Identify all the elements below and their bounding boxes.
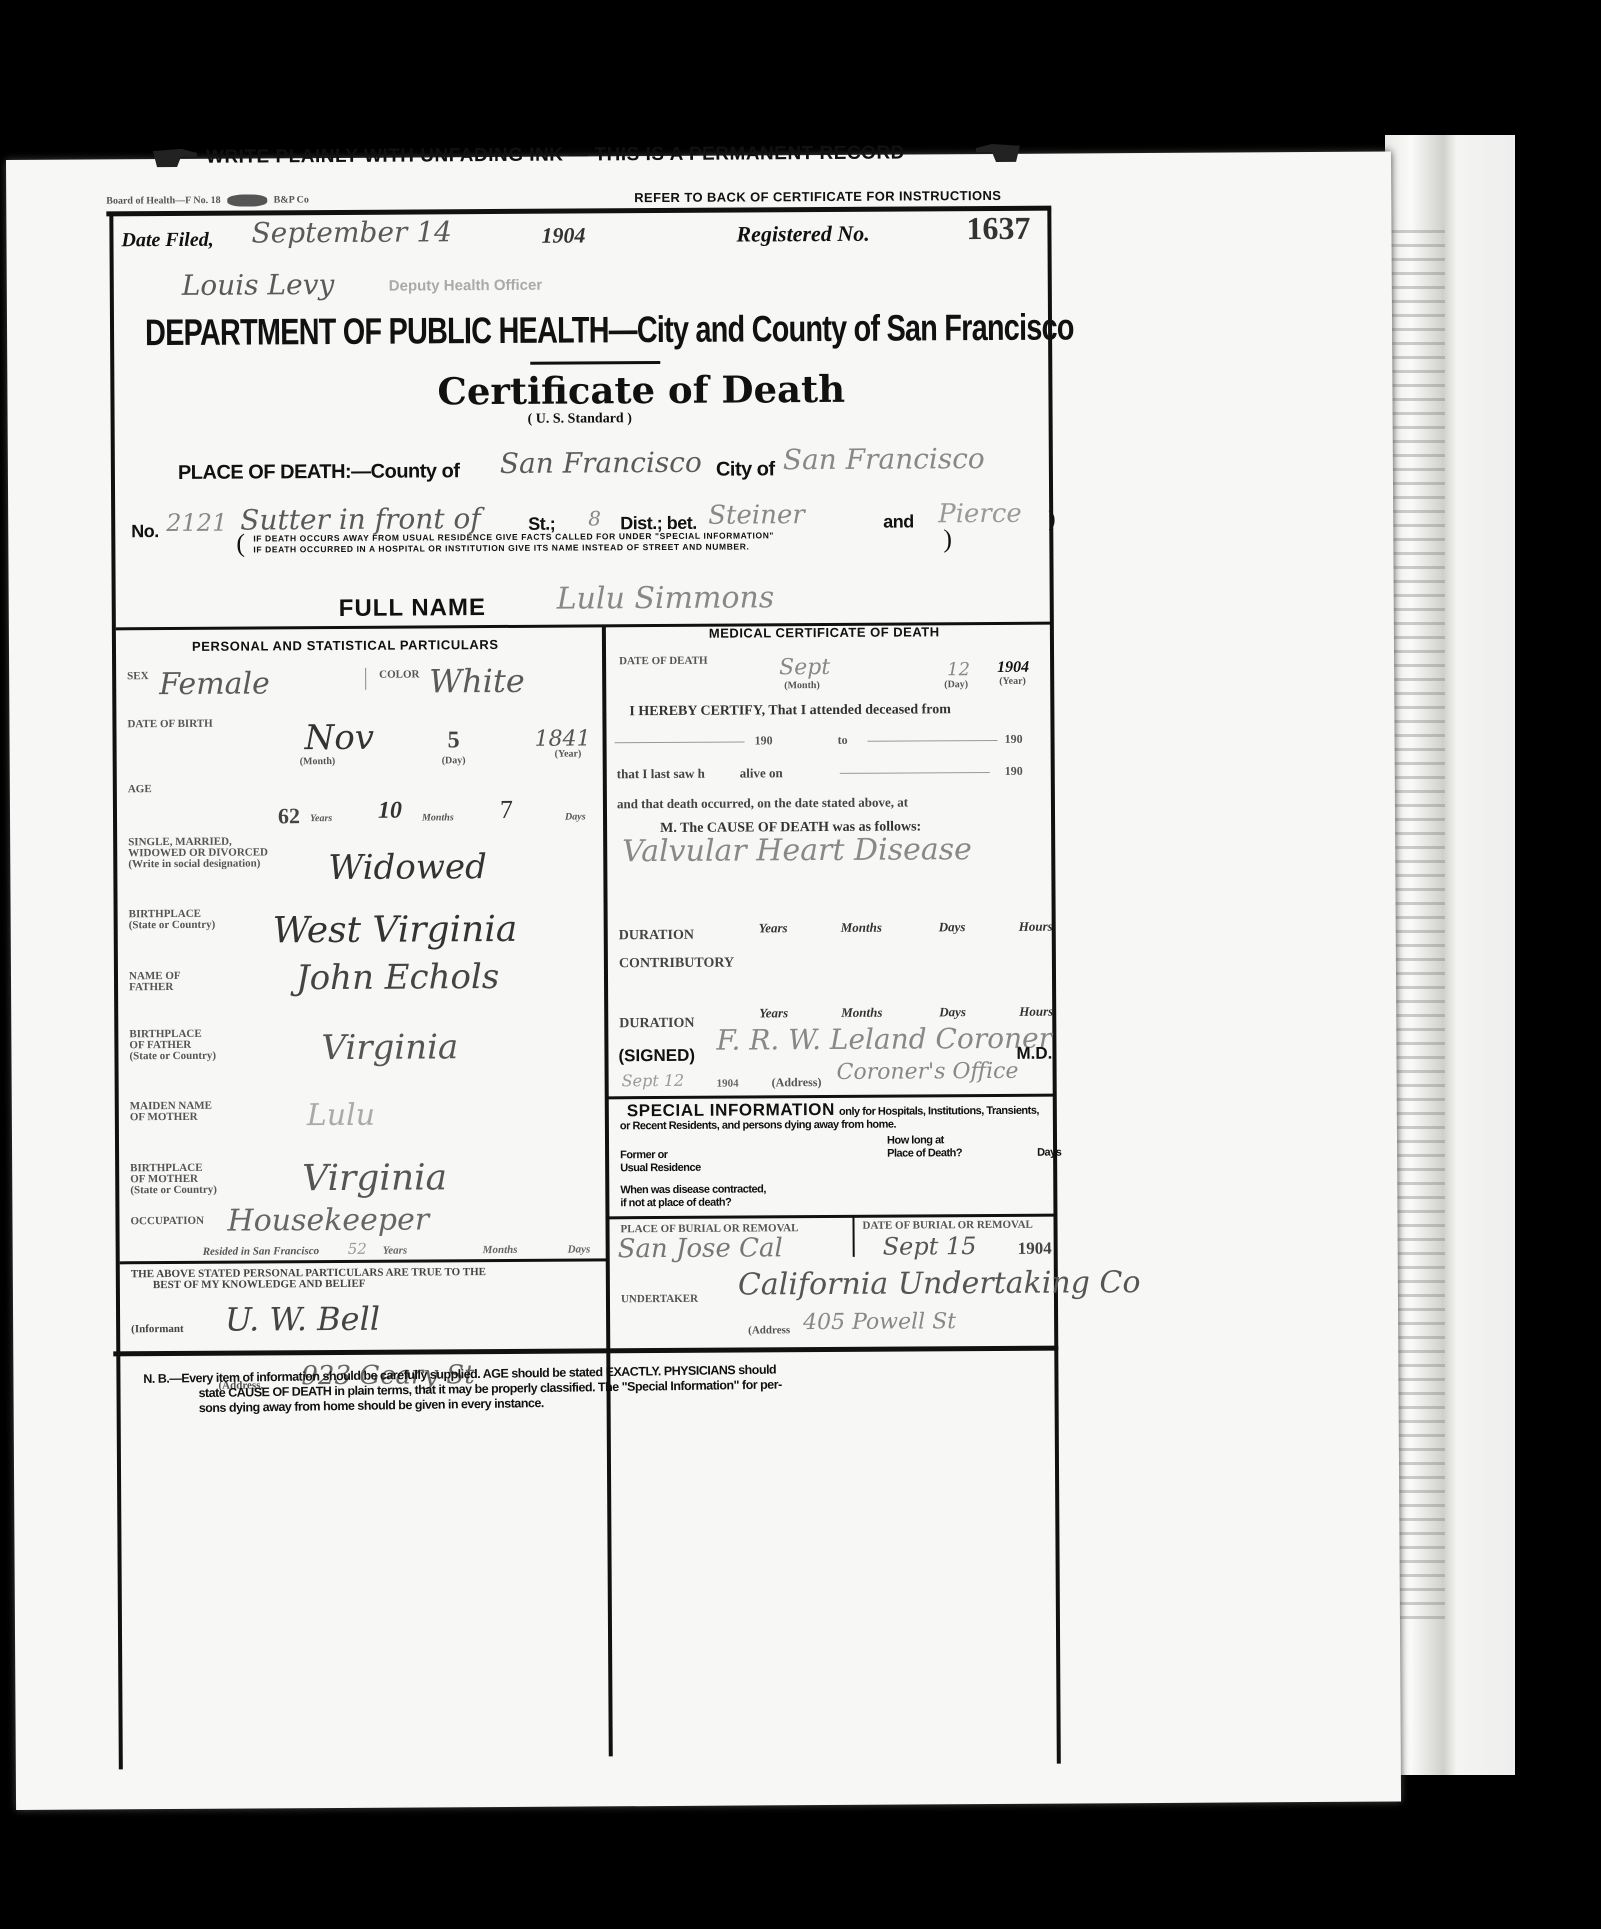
- sex-color-divider: [365, 668, 366, 690]
- certify-statement: I HEREBY CERTIFY, That I attended deceas…: [629, 702, 951, 720]
- signed-date: Sept 12: [622, 1071, 685, 1090]
- signed-label: (SIGNED): [618, 1046, 695, 1066]
- father-name-label: NAME OF FATHER: [129, 971, 181, 993]
- sex-label: SEX: [127, 671, 148, 682]
- frame-bottom-rule: [113, 1346, 1058, 1357]
- mother-birthplace-value: Virginia: [302, 1157, 447, 1199]
- certificate-subtitle: ( U. S. Standard ): [528, 411, 632, 428]
- physician-address: Coroner's Office: [837, 1059, 1019, 1085]
- alive-date-line: [840, 772, 990, 774]
- father-name-value: John Echols: [296, 957, 500, 998]
- informant-name: U. W. Bell: [225, 1300, 380, 1339]
- city-label: City of: [716, 458, 775, 481]
- street-number: 2121: [166, 509, 227, 537]
- undertaker-label: UNDERTAKER: [621, 1294, 698, 1305]
- to-year-prefix: 190: [1005, 732, 1023, 747]
- birthplace-label: BIRTHPLACE (State or Country): [129, 909, 216, 932]
- marital-value: Widowed: [328, 847, 487, 888]
- death-certificate: WRITE PLAINLY WITH UNFADING INK — THIS I…: [6, 152, 1401, 1810]
- age-years-caption: Years: [310, 813, 332, 824]
- age-months: 10: [378, 798, 402, 825]
- date-filed-year: 1904: [541, 222, 585, 248]
- note-paren-close: ): [943, 524, 952, 554]
- column-divider: [602, 626, 613, 1756]
- residence-note: IF DEATH OCCURS AWAY FROM USUAL RESIDENC…: [253, 530, 774, 555]
- note-paren-open: (: [236, 529, 245, 559]
- marital-label: SINGLE, MARRIED, WIDOWED OR DIVORCED (Wr…: [128, 836, 268, 870]
- former-residence-label: Former or Usual Residence: [620, 1149, 701, 1175]
- informant-statement: THE ABOVE STATED PERSONAL PARTICULARS AR…: [131, 1267, 486, 1291]
- footnote: N. B.—Every item of information should b…: [143, 1363, 782, 1417]
- alive-year-prefix: 190: [1005, 764, 1023, 779]
- duration-label-1: DURATION: [619, 928, 694, 944]
- place-of-death-label: PLACE OF DEATH:—County of: [178, 460, 460, 485]
- special-info-note: or Recent Residents, and persons dying a…: [620, 1119, 896, 1133]
- death-occurred-label: and that death occurred, on the date sta…: [617, 795, 908, 813]
- officer-signature: Louis Levy: [182, 268, 335, 302]
- from-year-prefix: 190: [755, 733, 773, 748]
- dob-year-caption: (Year): [555, 748, 582, 759]
- registered-label: Registered No.: [736, 221, 869, 248]
- district-value: 8: [588, 506, 601, 530]
- age-years: 62: [278, 803, 300, 829]
- frame-left-rule: [109, 214, 122, 1769]
- dod-day: 12: [947, 659, 970, 680]
- undertaker-address-label: (Address: [748, 1325, 790, 1336]
- occupation-value: Housekeeper: [227, 1202, 429, 1238]
- dod-day-caption: (Day): [944, 679, 968, 690]
- pointing-hand-icon-left: [151, 145, 199, 176]
- dod-month: Sept: [779, 655, 830, 680]
- between-street-1: Steiner: [708, 500, 805, 531]
- frame-right-rule: [1047, 209, 1060, 1764]
- age-days: 7: [500, 795, 513, 825]
- paren-close: ): [1048, 506, 1055, 532]
- age-label: AGE: [128, 784, 152, 795]
- physician-address-label: (Address): [772, 1075, 822, 1090]
- resided-years: 52: [348, 1240, 367, 1258]
- cause-of-death-value: Valvular Heart Disease: [622, 832, 972, 869]
- informant-label: (Informant: [131, 1324, 184, 1335]
- city-value: San Francisco: [783, 442, 985, 476]
- date-filed-value: September 14: [251, 215, 452, 249]
- duration-hours-1: Hours: [1019, 919, 1053, 935]
- to-date-line: [868, 740, 998, 742]
- resided-years-caption: Years: [383, 1245, 408, 1257]
- dob-month-caption: (Month): [300, 756, 336, 767]
- alive-on-label: alive on: [740, 765, 783, 781]
- burial-place-value: San Jose Cal: [618, 1233, 783, 1264]
- officer-title-stamp: Deputy Health Officer: [389, 277, 542, 295]
- medical-heading: MEDICAL CERTIFICATE OF DEATH: [709, 624, 940, 640]
- age-days-caption: Days: [565, 811, 586, 822]
- full-name-label: FULL NAME: [339, 594, 486, 623]
- duration-label-2: DURATION: [619, 1016, 694, 1032]
- duration-months-1: Months: [841, 920, 882, 936]
- sex-value: Female: [159, 666, 270, 702]
- special-info-heading: SPECIAL INFORMATION only for Hospitals, …: [627, 1099, 1039, 1122]
- undertaker-address: 405 Powell St: [803, 1309, 956, 1335]
- dod-month-caption: (Month): [784, 680, 820, 691]
- certificate-title: Certificate of Death: [437, 367, 845, 413]
- physician-signature: F. R. W. Leland Coroner: [716, 1022, 1052, 1057]
- dod-year-caption: (Year): [999, 676, 1026, 687]
- md-label: M.D.: [1016, 1044, 1052, 1064]
- number-label: No.: [131, 521, 159, 542]
- undertaker-value: California Undertaking Co: [738, 1265, 1141, 1302]
- signed-year: 1904: [717, 1078, 739, 1090]
- father-birthplace-value: Virginia: [321, 1027, 458, 1068]
- duration-years-2: Years: [759, 1005, 788, 1021]
- resided-months-caption: Months: [483, 1244, 518, 1256]
- burial-date-label: DATE of BURIAL or REMOVAL: [862, 1220, 1032, 1232]
- from-date-line: [615, 741, 745, 743]
- birthplace-value: West Virginia: [273, 909, 518, 951]
- duration-years-1: Years: [759, 920, 788, 936]
- pointing-hand-icon-right: [974, 140, 1022, 171]
- form-id: Board of Health—F No. 18 B&P Co: [106, 194, 309, 207]
- and-label: and: [883, 511, 914, 532]
- father-birthplace-label: BIRTHPLACE OF FATHER (State or Country): [129, 1029, 216, 1063]
- occupation-label: OCCUPATION: [130, 1216, 204, 1227]
- color-value: White: [429, 662, 525, 701]
- full-name-value: Lulu Simmons: [557, 580, 775, 616]
- last-saw-label: that I last saw h: [617, 766, 705, 783]
- registered-number: 1637: [966, 210, 1030, 247]
- resided-days-caption: Days: [568, 1243, 591, 1255]
- duration-hours-2: Hours: [1019, 1004, 1053, 1020]
- ink-warning-banner: WRITE PLAINLY WITH UNFADING INK — THIS I…: [206, 143, 905, 169]
- duration-days-2: Days: [939, 1004, 966, 1020]
- union-label-icon: [227, 194, 267, 206]
- burial-year: 1904: [1018, 1239, 1052, 1259]
- frame-top-rule: [106, 206, 1051, 217]
- refer-instructions: REFER TO BACK OF CERTIFICATE FOR INSTRUC…: [634, 188, 1001, 205]
- mother-birthplace-label: BIRTHPLACE OF MOTHER (State or Country): [130, 1163, 217, 1197]
- heading-divider: [530, 361, 660, 365]
- dod-year: 1904: [997, 659, 1029, 677]
- burial-date-value: Sept 15: [883, 1232, 977, 1261]
- department-heading: DEPARTMENT OF PUBLIC HEALTH—City and Cou…: [145, 306, 1074, 354]
- resided-label: Resided in San Francisco: [203, 1245, 320, 1258]
- mother-name-label: MAIDEN NAME OF MOTHER: [130, 1101, 212, 1124]
- date-filed-label: Date Filed,: [121, 229, 213, 253]
- dob-day: 5: [447, 727, 459, 754]
- county-value: San Francisco: [500, 446, 702, 480]
- color-label: COLOR: [379, 669, 419, 680]
- dod-label: DATE OF DEATH: [619, 656, 707, 668]
- informant-rule: [120, 1258, 608, 1264]
- contributory-label: CONTRIBUTORY: [619, 956, 734, 973]
- duration-months-2: Months: [841, 1005, 882, 1021]
- mother-name-value: Lulu: [307, 1098, 375, 1133]
- personal-heading: PERSONAL AND STATISTICAL PARTICULARS: [192, 637, 499, 654]
- dob-day-caption: (Day): [442, 755, 466, 766]
- dob-label: DATE OF BIRTH: [127, 719, 212, 731]
- burial-divider: [852, 1217, 854, 1257]
- how-long-label: How long at Place of Death?: [887, 1134, 962, 1160]
- dob-month: Nov: [304, 718, 374, 758]
- duration-days-1: Days: [939, 919, 966, 935]
- disease-contracted-label: When was disease contracted, if not at p…: [620, 1183, 766, 1210]
- to-label: to: [838, 733, 848, 748]
- how-long-days: Days: [1037, 1147, 1061, 1159]
- age-months-caption: Months: [422, 812, 454, 823]
